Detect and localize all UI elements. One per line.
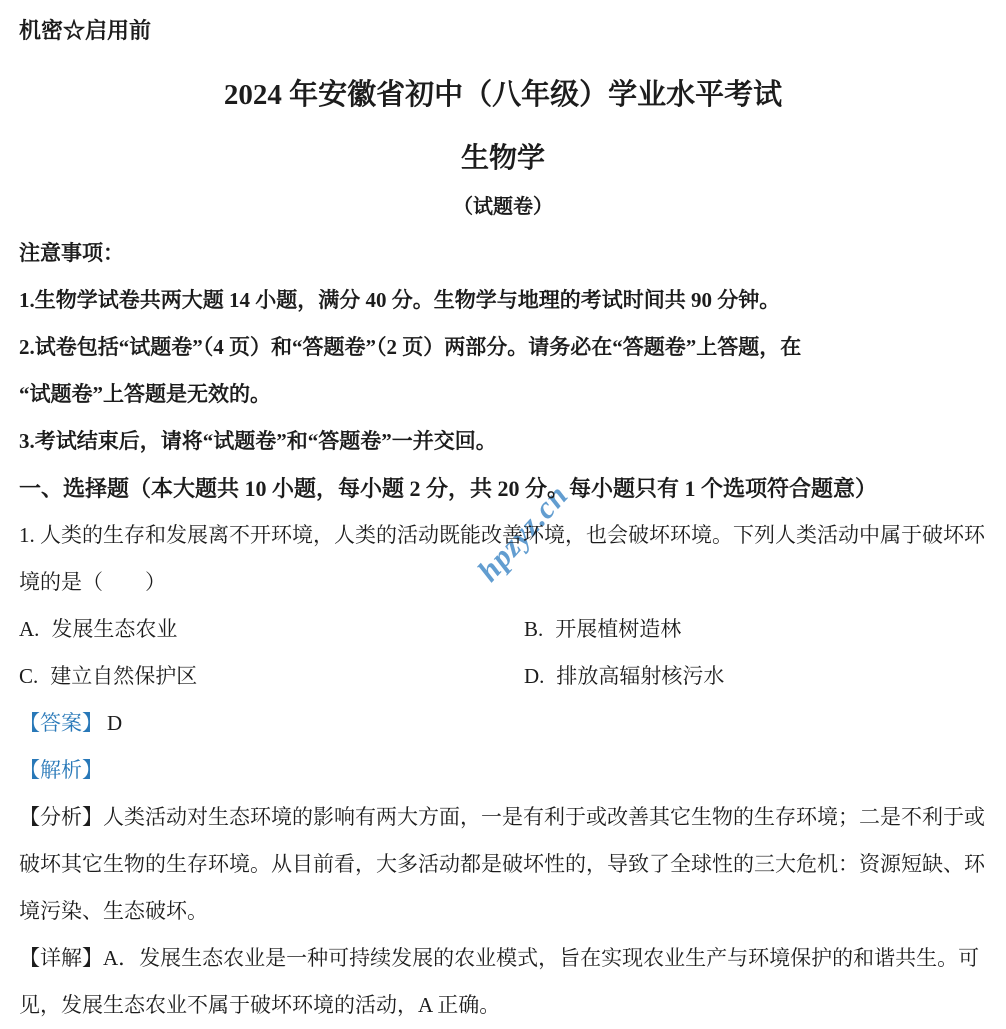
notices-section: 注意事项： 1.生物学试卷共两大题 14 小题，满分 40 分。生物学与地理的考… [19, 230, 987, 465]
option-d-label: D. [524, 664, 544, 688]
notice-item-1: 1.生物学试卷共两大题 14 小题，满分 40 分。生物学与地理的考试时间共 9… [19, 277, 987, 324]
notice-item-2-line-2: “试题卷”上答题是无效的。 [19, 371, 987, 418]
section-heading-choice-questions: 一、选择题（本大题共 10 小题，每小题 2 分，共 20 分。每小题只有 1 … [19, 465, 987, 512]
option-c-label: C. [19, 664, 38, 688]
subject-title: 生物学 [19, 140, 987, 178]
option-a-label: A. [19, 617, 39, 641]
question-1-stem-line-1: 1. 人类的生存和发展离不开环境，人类的活动既能改善环境，也会破坏环境。下列人类… [19, 512, 987, 559]
paper-type-label: （试题卷） [19, 192, 987, 222]
question-1-options: A.发展生态农业 B.开展植树造林 C.建立自然保护区 D.排放高辐射核污水 [19, 606, 987, 700]
option-c-text: 建立自然保护区 [50, 664, 197, 688]
analysis-line-3: 境污染、生态破坏。 [19, 888, 987, 935]
answer-line: 【答案】D [19, 700, 987, 747]
option-b-label: B. [524, 617, 543, 641]
option-d: D.排放高辐射核污水 [524, 653, 987, 700]
option-d-text: 排放高辐射核污水 [556, 664, 724, 688]
option-a: A.发展生态农业 [19, 606, 524, 653]
analysis-line-2: 破坏其它生物的生存环境。从目前看，大多活动都是破坏性的，导致了全球性的三大危机：… [19, 841, 987, 888]
analysis-line-1: 【分析】人类活动对生态环境的影响有两大方面，一是有利于或改善其它生物的生存环境；… [19, 794, 987, 841]
answer-value: D [107, 711, 122, 735]
option-b-text: 开展植树造林 [555, 617, 681, 641]
option-c: C.建立自然保护区 [19, 653, 524, 700]
exam-paper-page: hpzyz.cn 机密☆启用前 2024 年安徽省初中（八年级）学业水平考试 生… [0, 0, 1006, 1029]
analysis-heading: 【解析】 [19, 758, 103, 782]
document-title: 2024 年安徽省初中（八年级）学业水平考试 [19, 76, 987, 114]
detail-line-1: 【详解】A．发展生态农业是一种可持续发展的农业模式，旨在实现农业生产与环境保护的… [19, 935, 987, 982]
analysis-heading-line: 【解析】 [19, 747, 987, 794]
notice-item-3: 3.考试结束后，请将“试题卷”和“答题卷”一并交回。 [19, 418, 987, 465]
option-b: B.开展植树造林 [524, 606, 987, 653]
notice-item-2-line-1: 2.试卷包括“试题卷”（4 页）和“答题卷”（2 页）两部分。请务必在“答题卷”… [19, 324, 987, 371]
detail-line-2: 见，发展生态农业不属于破坏环境的活动，A 正确。 [19, 982, 987, 1029]
answer-label: 【答案】 [19, 711, 103, 735]
question-1-stem-line-2: 境的是（ ） [19, 559, 987, 606]
question-1: 1. 人类的生存和发展离不开环境，人类的活动既能改善环境，也会破坏环境。下列人类… [19, 512, 987, 1029]
secrecy-label: 机密☆启用前 [19, 0, 987, 46]
option-a-text: 发展生态农业 [51, 617, 177, 641]
notices-heading: 注意事项： [19, 230, 987, 277]
